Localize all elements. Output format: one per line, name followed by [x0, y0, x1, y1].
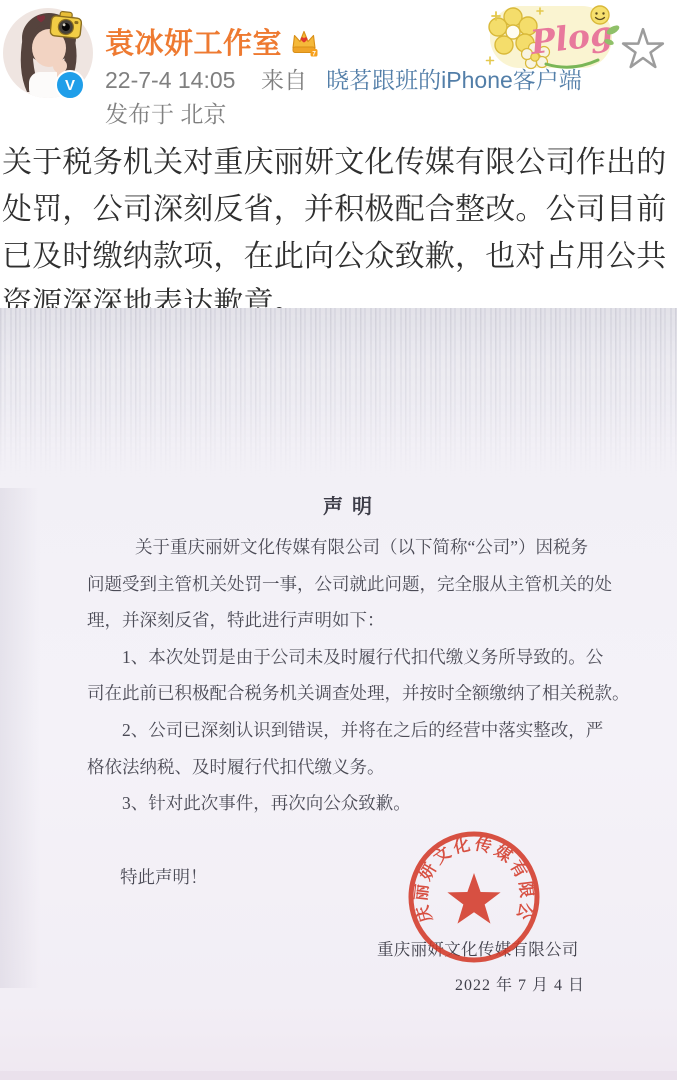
post-text: 关于税务机关对重庆丽妍文化传媒有限公司作出的 处罚，公司深刻反省，并积极配合整改…	[2, 139, 675, 327]
statement-image[interactable]: 声明 关于重庆丽妍文化传媒有限公司（以下简称“公司”）因税务 问题受到主管机关处…	[0, 308, 677, 1080]
post-header: V 袁冰妍工作室 7 22-7-4 14:05 来自 晓茗跟班的iPhone客户…	[0, 0, 677, 135]
statement-date: 2022 年 7 月 4 日	[455, 972, 585, 995]
plog-sticker: Plog	[476, 2, 624, 78]
statement-line: 关于重庆丽妍文化传媒有限公司（以下简称“公司”）因税务	[87, 529, 619, 566]
statement-closing: 特此声明！	[120, 864, 208, 889]
seal-star-icon	[447, 873, 500, 924]
camera-sticker-icon	[46, 6, 86, 46]
vip-level-label: 7	[312, 50, 316, 57]
statement-line: 司在此前已积极配合税务机关调查处理，并按时全额缴纳了相关税款。	[87, 675, 619, 712]
scan-shadow	[0, 488, 40, 988]
vip-crown-icon[interactable]: 7	[289, 27, 319, 57]
statement-line: 理，并深刻反省，特此进行声明如下：	[87, 602, 619, 639]
statement-title: 声明	[87, 490, 617, 519]
statement-line: 3、针对此次事件，再次向公众致歉。	[87, 785, 619, 822]
timestamp: 22-7-4 14:05	[105, 67, 235, 93]
post-text-line: 已及时缴纳款项，在此向公众致歉，也对占用公共	[2, 233, 675, 280]
statement-line: 1、本次处罚是由于公司未及时履行代扣代缴义务所导致的。公	[87, 639, 619, 676]
image-bottom-border	[0, 1071, 677, 1080]
avatar[interactable]: V	[3, 8, 93, 98]
username[interactable]: 袁冰妍工作室	[105, 21, 282, 62]
company-seal: 重庆丽妍文化传媒有限公司	[404, 827, 544, 967]
heart-sticker-icon	[33, 12, 49, 28]
statement-line: 格依法纳税、及时履行代扣代缴义务。	[87, 749, 619, 786]
statement-line: 2、公司已深刻认识到错误，并将在之后的经营中落实整改，严	[87, 712, 619, 749]
favorite-star-button[interactable]	[620, 26, 666, 72]
post-text-line: 关于税务机关对重庆丽妍文化传媒有限公司作出的	[2, 139, 675, 186]
source-prefix: 来自	[261, 67, 307, 93]
location-label: 发布于 北京	[105, 96, 226, 129]
verified-badge-icon: V	[55, 70, 85, 100]
post-text-line: 处罚，公司深刻反省，并积极配合整改。公司目前	[2, 186, 675, 233]
statement-body: 关于重庆丽妍文化传媒有限公司（以下简称“公司”）因税务 问题受到主管机关处罚一事…	[87, 529, 619, 822]
statement-line: 问题受到主管机关处罚一事，公司就此问题，完全服从主管机关的处	[87, 566, 619, 603]
scan-texture	[0, 308, 677, 478]
